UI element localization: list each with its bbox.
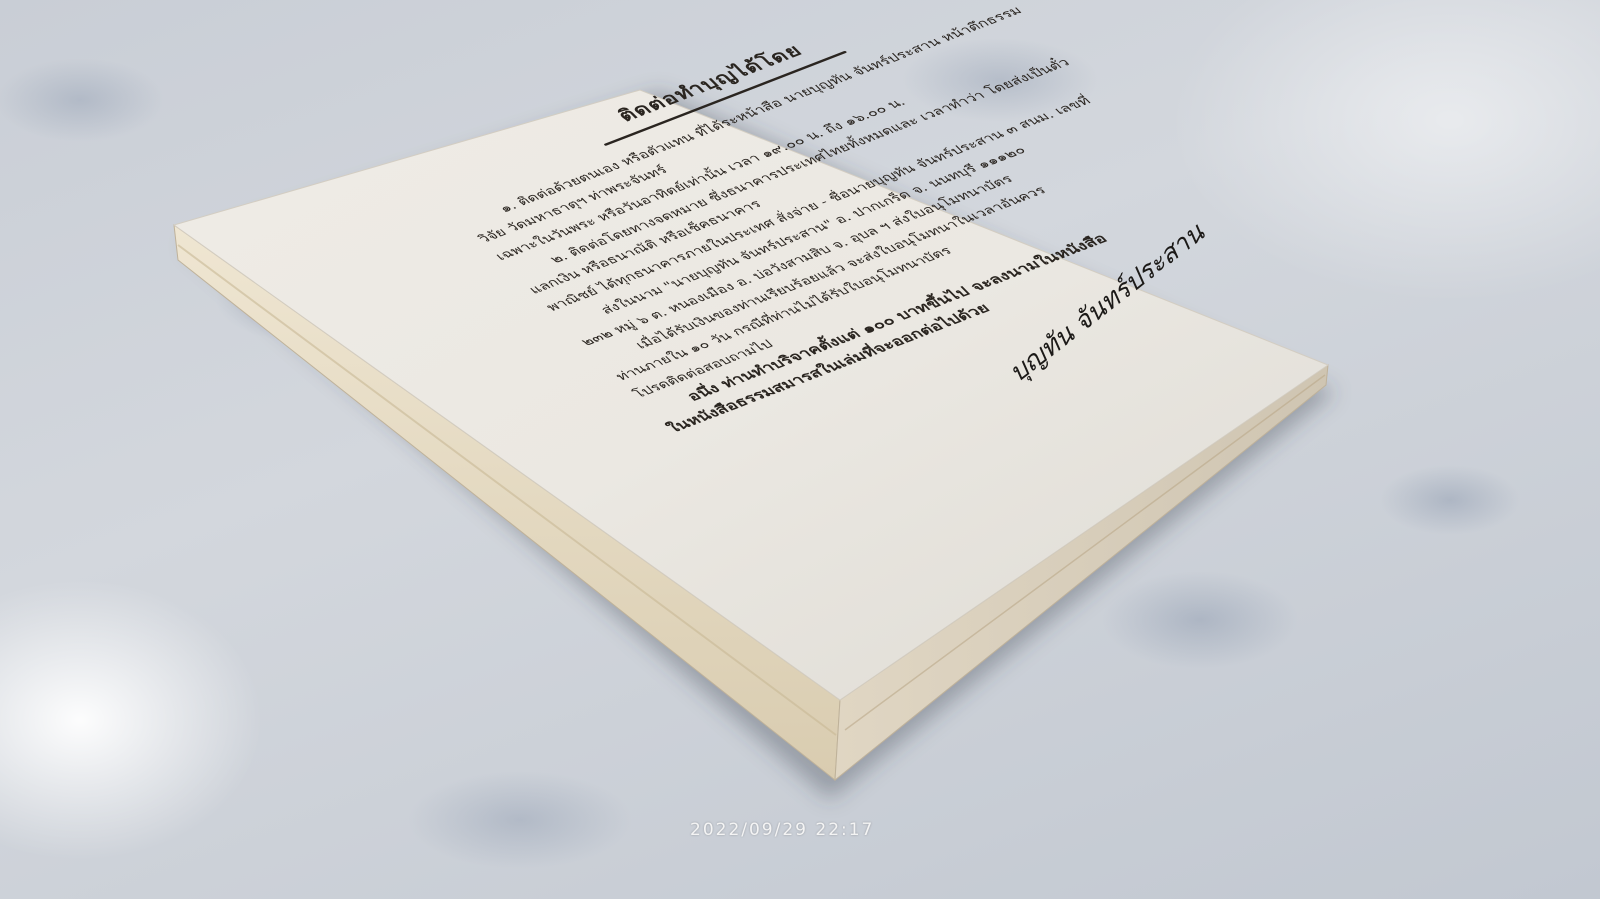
photo-timestamp: 2022/09/29 22:17 bbox=[690, 820, 874, 840]
